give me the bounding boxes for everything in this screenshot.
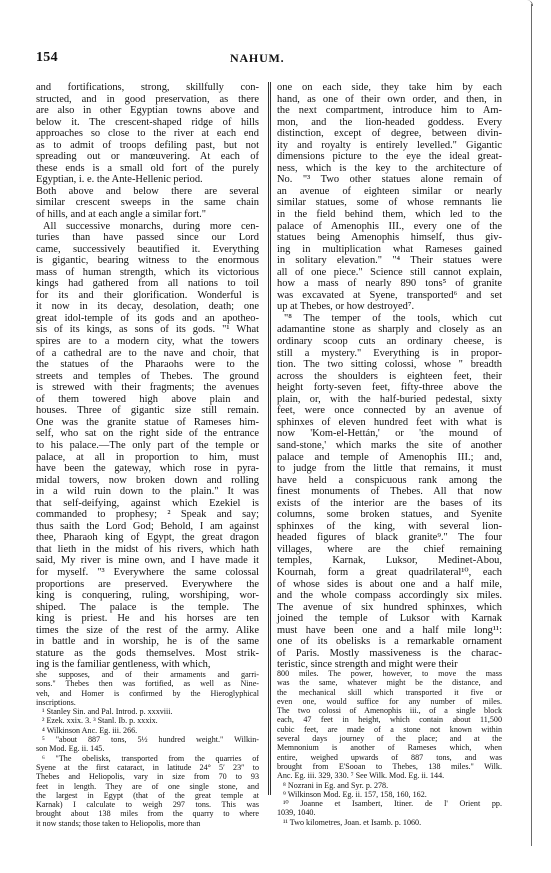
footnote-line: entire, weighed upwards of 887 tons, and…	[277, 753, 502, 762]
text-line: an avenue of eighteen similar or nearly	[277, 186, 502, 198]
text-line: must have been one and a half mile long¹…	[277, 625, 502, 637]
text-line: ity and royalty is entirely levelled." G…	[277, 140, 502, 152]
text-line: ordinary scoop cuts an ordinary cheese, …	[277, 336, 502, 348]
text-line: was excavated at Syene, transported⁶ and…	[277, 290, 502, 302]
text-line: ing in multiplication what Rameses gaine…	[277, 244, 502, 256]
footnote-line: son Mod. Eg. ii. 145.	[36, 744, 259, 753]
text-line: said, My river is mine own, and I have m…	[36, 555, 259, 567]
footnote-line: it now stands; those taken to Heliopolis…	[36, 819, 259, 828]
text-line: and the whole compass accordingly six mi…	[277, 590, 502, 602]
text-line: to judge from the little that remains, i…	[277, 463, 502, 475]
text-line: of them towered high above plain and	[36, 394, 259, 406]
text-line: exists of the interior are the bases of …	[277, 498, 502, 510]
text-line: below it. The crescent-shaped ridge of h…	[36, 117, 259, 129]
text-line: finest monuments of Thebes. All that now	[277, 486, 502, 498]
text-line: all of one piece." Science still cannot …	[277, 267, 502, 279]
footnote-line: ¹ Stanley Sin. and Pal. Introd. p. xxxvi…	[36, 707, 259, 716]
text-line: that self-deifying, against which Ezekie…	[36, 498, 259, 510]
text-line: have been the gateway, which rose in pyr…	[36, 463, 259, 475]
text-line: One was the granite statue of Rameses hi…	[36, 417, 259, 429]
text-line: are also in other Egyptian towns above a…	[36, 105, 259, 117]
text-line: self, who sat on the right side of the e…	[36, 428, 259, 440]
text-line: columns, some broken statues, and Syenit…	[277, 509, 502, 521]
footnote-line: even one, would suffice for any number o…	[277, 697, 502, 706]
text-line: thee, Pharaoh king of Egypt, the great d…	[36, 532, 259, 544]
text-line: commanded to prophesy; ² Speak and say;	[36, 509, 259, 521]
text-line: the statues of the Pharaohs were to the	[36, 359, 259, 371]
text-line: spires are to a modern city, what the to…	[36, 336, 259, 348]
text-line: villages, where are the chief remaining	[277, 544, 502, 556]
footnote-line: Karnak) I calculate to weigh 297 tons. T…	[36, 800, 259, 809]
text-line: palace of Amenophis III., every one of t…	[277, 221, 502, 233]
text-line: Both above and below there are several	[36, 186, 259, 198]
footnote-line: the largest in Egypt (that of the great …	[36, 791, 259, 800]
footnote-line: sons." Thebes then was fortified, as wel…	[36, 679, 259, 688]
text-line: stature as the gods themselves. Most str…	[36, 648, 259, 660]
page-header: 154 NAHUM.	[36, 50, 516, 66]
text-line: palace and temple of Amenophis III.; and…	[277, 452, 502, 464]
text-line: dimensions picture to the eye the ideal …	[277, 151, 502, 163]
text-line: "⁸ The temper of the tools, which cut	[277, 313, 502, 325]
text-line: distinction, except of degree, between d…	[277, 128, 502, 140]
footnote-line: Syene at the first cataract, in latitude…	[36, 763, 259, 772]
text-line: sis of its kings, as sons of its gods. "…	[36, 324, 259, 336]
text-line: in the field behind them, which led to t…	[277, 209, 502, 221]
text-line: of whose sides is about one and a half m…	[277, 579, 502, 591]
text-line: hand, as one of their own order, and the…	[277, 94, 502, 106]
text-line: up at Thebes, or how destroyed⁷.	[277, 301, 502, 313]
text-line: sphinxes of eleven hundred feet with wha…	[277, 417, 502, 429]
text-line: adamantine stone as sharply and closely …	[277, 324, 502, 336]
text-line: mon, and the lion-headed goddess. Every	[277, 117, 502, 129]
column-divider	[268, 82, 271, 795]
text-line: height forty-seven feet, fifty-three abo…	[277, 382, 502, 394]
text-line: times the size of the rest of the army. …	[36, 625, 259, 637]
text-line: spreading out or manœuvering. At each of	[36, 151, 259, 163]
text-line: ness, which is the key to the architectu…	[277, 163, 502, 175]
text-line: in battle and in worship, he is of the s…	[36, 636, 259, 648]
text-line: king is conquering, ruling, worshiping, …	[36, 590, 259, 602]
text-line: is strewed with their fragments; the ave…	[36, 382, 259, 394]
text-line: one on each side, they take him by each	[277, 82, 502, 94]
footnote-line: brought from E'Sooan to Thebes, 138 mile…	[277, 762, 502, 771]
text-line: now 'Kom-el-Hettán,' or 'the mound of	[277, 428, 502, 440]
footnote-line: The two colossi of Amenophis iii., of a …	[277, 706, 502, 715]
footnote-line: cubic feet, are made of a stone not know…	[277, 725, 502, 734]
footnote-line: several days journey of the place; and a…	[277, 734, 502, 743]
text-line: one of its obelisks is a remarkable orna…	[277, 636, 502, 648]
footnote-line: inscriptions.	[36, 698, 259, 707]
right-column-body: one on each side, they take him by eachh…	[277, 82, 502, 671]
footnote-line: each, 47 feet in height, which contain a…	[277, 715, 502, 724]
text-line: palace, at all in proportion to him, mus…	[36, 452, 259, 464]
footnote-line: Thebes and Heliopolis, vary in size from…	[36, 772, 259, 781]
text-line: sphinxes of the king, with several lion-	[277, 521, 502, 533]
text-line: approaches so close to the river at each…	[36, 128, 259, 140]
footnote-line: 1039, 1040.	[277, 808, 502, 817]
text-line: similar statues, some of whose remnants …	[277, 197, 502, 209]
left-column-body: and fortifications, strong, skillfully c…	[36, 82, 259, 671]
text-line: Egyptian, i. e. the Ante-Hellenic period…	[36, 174, 259, 186]
text-line: shiped. The palace is the temple. The	[36, 602, 259, 614]
text-line: for myself. "³ Everywhere the same colos…	[36, 567, 259, 579]
page-number: 154	[36, 50, 58, 66]
footnote-line: she supposes, and of their armaments and…	[36, 670, 259, 679]
text-line: across the shoulders is eighteen feet, t…	[277, 371, 502, 383]
text-line: great idol-temple of its gods and an apo…	[36, 313, 259, 325]
text-line: for its and their glorification. Wonderf…	[36, 290, 259, 302]
footnote-line: 800 miles. The power, however, to move t…	[277, 669, 502, 678]
text-line: midal towers, now broken down and rollin…	[36, 475, 259, 487]
footnote-line: brought about 138 miles from the quarry …	[36, 809, 259, 818]
text-line: kings had gathered from all nations to t…	[36, 278, 259, 290]
text-line: of hills, and at each angle a similar fo…	[36, 209, 259, 221]
text-line: The avenue of six hundred sphinxes, whic…	[277, 602, 502, 614]
text-line: in solitary elevation." "⁴ Their statues…	[277, 255, 502, 267]
footnote-line: ² Ezek. xxix. 3. ³ Stanl. Ib. p. xxxix.	[36, 716, 259, 725]
running-title: NAHUM.	[230, 51, 284, 66]
text-line: the next compartment, introduce him to A…	[277, 105, 502, 117]
text-line: All successive monarchs, during more cen…	[36, 221, 259, 233]
text-line: sand-stone,' which marks the site of ano…	[277, 440, 502, 452]
text-line: joined the temple of Luksor with Karnak	[277, 613, 502, 625]
footnote-line: ¹⁰ Joanne et Isambert, Itiner. de l' Ori…	[277, 799, 502, 808]
text-line: as to admit of troops defiling past, but…	[36, 140, 259, 152]
text-line: tion. The two sitting colossi, whose " b…	[277, 359, 502, 371]
text-line: similar crescent sweeps in the same chai…	[36, 197, 259, 209]
text-line: is gigantic, bearing witness to the enor…	[36, 255, 259, 267]
text-line: it now in its decay, desolation, death; …	[36, 301, 259, 313]
text-line: turies than have passed since our Lord	[36, 232, 259, 244]
footnote-line: was the same, whatever might be the dist…	[277, 678, 502, 687]
text-line: structed, and in good preservation, as t…	[36, 94, 259, 106]
text-line: that lieth in the midst of his rivers, w…	[36, 544, 259, 556]
left-footnotes: she supposes, and of their armaments and…	[36, 670, 259, 828]
footnote-line: ⁹ Wilkinson Mod. Eg. ii. 157, 158, 160, …	[277, 790, 502, 799]
text-line: headed figures of black granite⁹." The f…	[277, 532, 502, 544]
text-line: No. "³ Two other statues alone remain of	[277, 174, 502, 186]
text-line: plain, or, with the half-buried pedestal…	[277, 394, 502, 406]
text-line: proportions are preserved. Everywhere th…	[36, 579, 259, 591]
text-line: thus saith the Lord God; Behold, I am ag…	[36, 521, 259, 533]
text-line: temples, Karnak, Luksor, Medinet-Abou,	[277, 555, 502, 567]
footnote-line: ⁵ "about 887 tons, 5½ hundred weight." W…	[36, 735, 259, 744]
text-line: these ends is a small old fort of the pu…	[36, 163, 259, 175]
text-line: Kournah, form a great quadrilateral¹⁰, e…	[277, 567, 502, 579]
footnote-line: Memnonium is another of Rameses which, w…	[277, 743, 502, 752]
footnote-line: ⁸ Nozrani in Eg. and Syr. p. 278.	[277, 781, 502, 790]
text-line: houses. Three of gigantic size still rem…	[36, 405, 259, 417]
footnote-line: ¹¹ Two kilometres, Joan. et Isamb. p. 10…	[277, 818, 502, 827]
text-line: to his palace.—The only part of the temp…	[36, 440, 259, 452]
text-line: king is priest. He and his horses are te…	[36, 613, 259, 625]
text-line: came, successively beautified it. Everyt…	[36, 244, 259, 256]
footnote-line: feet in length. They are of one single s…	[36, 782, 259, 791]
footnote-line: veh, and Homer is confirmed by the Hiero…	[36, 689, 259, 698]
text-line: and fortifications, strong, skillfully c…	[36, 82, 259, 94]
text-line: feet, were once connected by an avenue o…	[277, 405, 502, 417]
text-line: in a wild ruin down to the plain." It wa…	[36, 486, 259, 498]
right-footnotes: 800 miles. The power, however, to move t…	[277, 669, 502, 827]
text-line: still a mystery." Everything is in propo…	[277, 348, 502, 360]
page-edge	[531, 4, 532, 846]
footnote-line: Anc. Eg. iii. 329, 330. ⁷ See Wilk. Mod.…	[277, 771, 502, 780]
footnote-line: the mechanical skill which transported i…	[277, 688, 502, 697]
text-line: have held a conspicuous rank among the	[277, 475, 502, 487]
footnote-line: ⁴ Wilkinson Anc. Eg. iii. 266.	[36, 726, 259, 735]
text-line: mass of human strength, which its victor…	[36, 267, 259, 279]
text-line: of Paris. Mostly massiveness is the char…	[277, 648, 502, 660]
text-line: how a mass of nearly 890 tons⁵ of granit…	[277, 278, 502, 290]
text-line: of a cathedral are to the nave and choir…	[36, 348, 259, 360]
footnote-line: ⁶ "The obelisks, transported from the qu…	[36, 754, 259, 763]
text-line: streets and temples of Thebes. The groun…	[36, 371, 259, 383]
text-line: statues being Amenophis himself, thus gi…	[277, 232, 502, 244]
